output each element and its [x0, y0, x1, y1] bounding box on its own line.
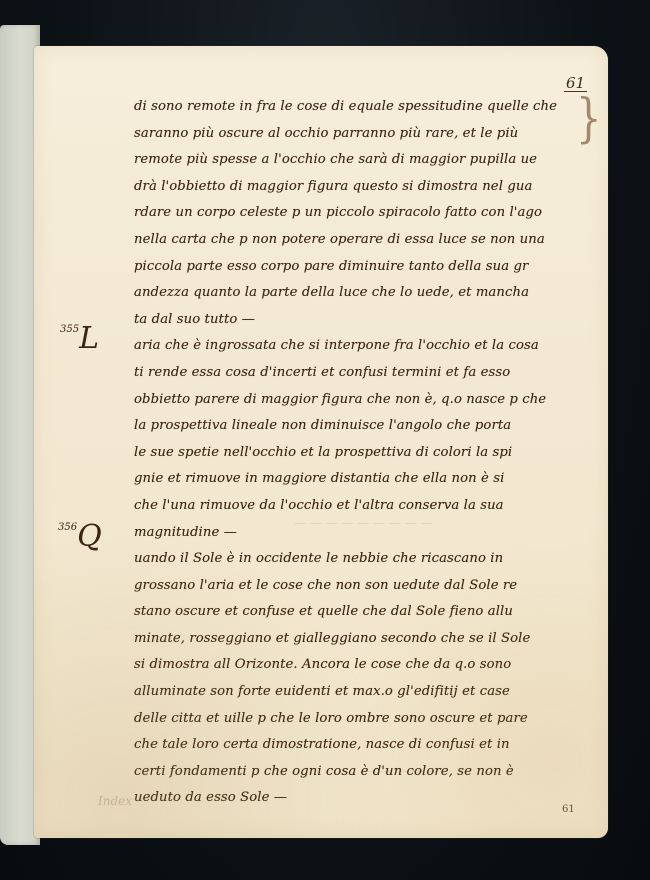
- text-line: stano oscure et confuse et quelle che da…: [134, 599, 574, 626]
- text-line: ueduto da esso Sole —: [134, 785, 574, 812]
- text-line: delle citta et uille p che le loro ombre…: [134, 706, 574, 733]
- text-line: di sono remote in fra le cose di equale …: [134, 94, 574, 121]
- text-line: uando il Sole è in occidente le nebbie c…: [134, 546, 574, 573]
- text-line: remote più spesse a l'occhio che sarà di…: [134, 147, 574, 174]
- marginal-note-356: 356Q: [58, 522, 102, 552]
- text-line: certi fondamenti p che ogni cosa è d'un …: [134, 759, 574, 786]
- marginal-note-355: 355L: [60, 324, 99, 354]
- section-number: 355: [60, 324, 79, 335]
- text-line: gnie et rimuove in maggiore distantia ch…: [134, 466, 574, 493]
- text-line: nella carta che p non potere operare di …: [134, 227, 574, 254]
- decorated-initial: Q: [77, 519, 102, 554]
- text-line: andezza quanto la parte della luce che l…: [134, 280, 574, 307]
- faint-annotation: Index: [98, 794, 132, 808]
- text-line: drà l'obbietto di maggior figura questo …: [134, 174, 574, 201]
- text-line: ti rende essa cosa d'incerti et confusi …: [134, 360, 574, 387]
- text-line: le sue spetie nell'occhio et la prospett…: [134, 440, 574, 467]
- margin-bracket-mark: }: [576, 89, 601, 149]
- text-line: aria che è ingrossata che si interpone f…: [134, 333, 574, 360]
- manuscript-text: di sono remote in fra le cose di equale …: [134, 94, 574, 812]
- text-line: ta dal suo tutto —: [134, 307, 574, 334]
- text-line: alluminate son forte euidenti et max.o g…: [134, 679, 574, 706]
- text-line: obbietto parere di maggior figura che no…: [134, 387, 574, 414]
- text-line: che l'una rimuove da l'occhio et l'altra…: [134, 493, 574, 520]
- text-line: che tale loro certa dimostratione, nasce…: [134, 732, 574, 759]
- text-line: minate, rosseggiano et gialleggiano seco…: [134, 626, 574, 653]
- manuscript-page: — — — — — — — — — — — — — — 61 } 355L 35…: [34, 46, 608, 838]
- folio-stamp: 61: [562, 804, 575, 815]
- text-line: magnitudine —: [134, 520, 574, 547]
- decorated-initial: L: [79, 321, 99, 356]
- text-line: la prospettiva lineale non diminuisce l'…: [134, 413, 574, 440]
- text-line: rdare un corpo celeste p un piccolo spir…: [134, 200, 574, 227]
- text-line: grossano l'aria et le cose che non son u…: [134, 573, 574, 600]
- text-line: piccola parte esso corpo pare diminuire …: [134, 254, 574, 281]
- section-number: 356: [58, 522, 77, 533]
- text-line: saranno più oscure al occhio parranno pi…: [134, 121, 574, 148]
- text-line: si dimostra all Orizonte. Ancora le cose…: [134, 652, 574, 679]
